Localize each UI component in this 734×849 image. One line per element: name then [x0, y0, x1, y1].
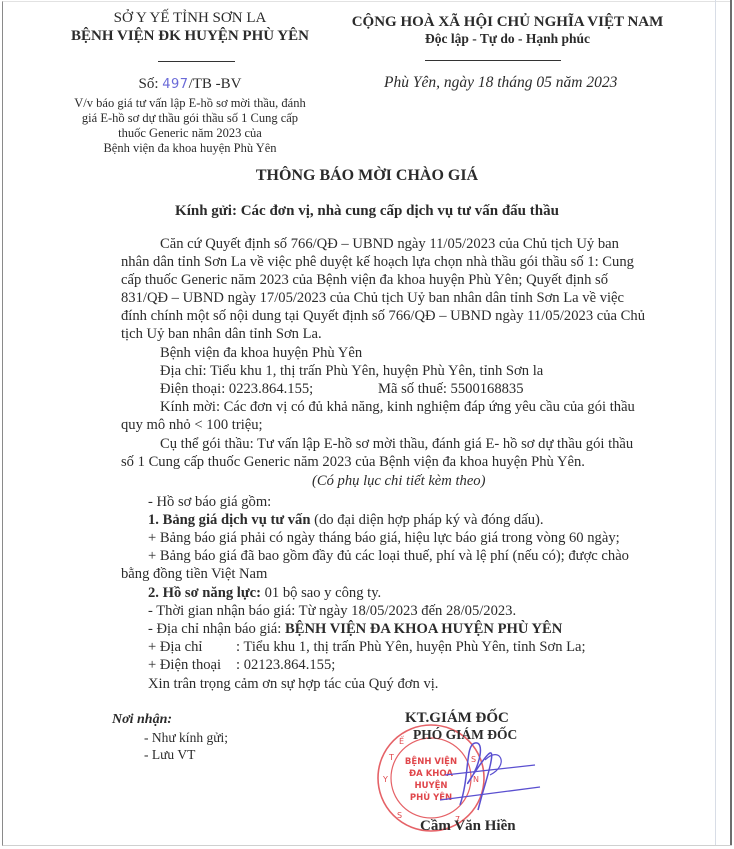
- receive-phone-value: : 02123.864.155;: [236, 657, 335, 674]
- basis-line: cấp thuốc Generic năm 2023 của Bệnh viện…: [121, 272, 608, 289]
- dossier-bullet-cont: bằng đồng tiền Việt Nam: [121, 566, 267, 583]
- addressee: Kính gửi: Các đơn vị, nhà cung cấp dịch …: [0, 203, 734, 220]
- package-line: Cụ thể gói thầu: Tư vấn lập E-hồ sơ mời …: [160, 436, 633, 453]
- package-line: số 1 Cung cấp thuốc Generic năm 2023 của…: [121, 454, 585, 471]
- svg-text:Ế: Ế: [399, 735, 405, 746]
- basis-line: nhân dân tỉnh Sơn La về việc phê duyệt k…: [121, 254, 634, 271]
- signature-title-1: KT.GIÁM ĐỐC: [405, 710, 509, 727]
- org-phone: Điện thoại: 0223.864.155;: [160, 381, 313, 398]
- dossier-intro: - Hồ sơ báo giá gồm:: [148, 494, 271, 511]
- basis-line: tịch Uỷ ban nhân dân tỉnh Sơn La.: [121, 326, 322, 343]
- org-name: Bệnh viện đa khoa huyện Phù Yên: [160, 345, 362, 362]
- receive-address-label: + Địa chỉ: [148, 639, 202, 656]
- page-edge: [715, 0, 716, 845]
- dossier-item-2: 2. Hồ sơ năng lực: 01 bộ sao y công ty.: [148, 585, 381, 602]
- document-title: THÔNG BÁO MỜI CHÀO GIÁ: [0, 167, 734, 185]
- handwritten-signature-icon: [440, 735, 550, 815]
- svg-text:S: S: [397, 811, 402, 820]
- svg-text:Y: Y: [382, 775, 388, 784]
- receive-place: - Địa chỉ nhận báo giá: BỆNH VIỆN ĐA KHO…: [148, 621, 562, 638]
- divider-left: [158, 61, 235, 62]
- receive-address-value: : Tiểu khu 1, thị trấn Phù Yên, huyện Ph…: [236, 639, 586, 656]
- invite-line: Kính mời: Các đơn vị có đủ khả năng, kin…: [160, 399, 635, 416]
- recipient-item: - Lưu VT: [144, 747, 195, 763]
- basis-line: đính chính một số nội dung tại Quyết địn…: [121, 308, 645, 325]
- nation-title: CỘNG HOÀ XÃ HỘI CHỦ NGHĨA VIỆT NAM: [340, 13, 675, 31]
- recipient-item: - Như kính gửi;: [144, 730, 228, 746]
- signer-name: Cầm Văn Hiền: [420, 818, 516, 835]
- basis-line: 831/QĐ – UBND ngày 17/05/2023 của Chủ tị…: [121, 290, 624, 307]
- issue-date: Phù Yên, ngày 18 tháng 05 năm 2023: [384, 74, 617, 92]
- document-number: Số: 497/TB -BV: [60, 76, 320, 93]
- hospital-name: BỆNH VIỆN ĐK HUYỆN PHÙ YÊN: [60, 27, 320, 45]
- subject-summary: V/v báo giá tư vấn lập E-hồ sơ mời thầu,…: [60, 96, 320, 156]
- divider-right: [425, 60, 561, 61]
- dossier-bullet: + Bảng báo giá đã bao gồm đầy đủ các loạ…: [148, 548, 629, 565]
- agency-name: SỞ Y YẾ TỈNH SƠN LA: [60, 10, 320, 27]
- svg-text:T: T: [388, 753, 394, 762]
- thanks: Xin trân trọng cảm ơn sự hợp tác của Quý…: [148, 676, 438, 693]
- handwritten-number: 497: [162, 77, 188, 92]
- org-address: Địa chỉ: Tiểu khu 1, thị trấn Phù Yên, h…: [160, 363, 543, 380]
- invite-line: quy mô nhỏ < 100 triệu;: [121, 417, 263, 434]
- receive-time: - Thời gian nhận báo giá: Từ ngày 18/05/…: [148, 603, 516, 620]
- basis-line: Căn cứ Quyết định số 766/QĐ – UBND ngày …: [160, 236, 619, 253]
- dossier-item-1: 1. Bảng giá dịch vụ tư vấn (do đại diện …: [148, 512, 544, 529]
- scrollbar-edge: [730, 0, 732, 845]
- issuer-header: SỞ Y YẾ TỈNH SƠN LA BỆNH VIỆN ĐK HUYỆN P…: [60, 10, 320, 45]
- receive-phone-label: + Điện thoại: [148, 657, 221, 674]
- appendix-note: (Có phụ lục chi tiết kèm theo): [312, 473, 485, 490]
- org-tax-code: Mã số thuế: 5500168835: [378, 381, 524, 398]
- dossier-bullet: + Bảng báo giá phải có ngày tháng báo gi…: [148, 530, 620, 547]
- recipients-label: Nơi nhận:: [112, 712, 172, 728]
- motto: Độc lập - Tự do - Hạnh phúc: [340, 31, 675, 47]
- national-header: CỘNG HOÀ XÃ HỘI CHỦ NGHĨA VIỆT NAM Độc l…: [340, 13, 675, 47]
